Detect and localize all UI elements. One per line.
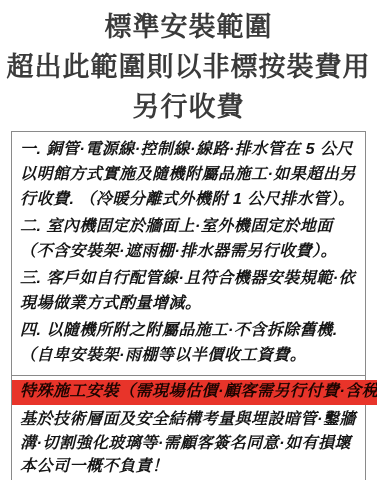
- special-install-highlight: 特殊施工安裝（需現場估價·顧客需另行付費·含稅）: [12, 380, 377, 405]
- notice-item-2: 二. 室內機固定於牆面上·室外機固定於地面（不含安裝架·遮雨棚·排水器需另行收費…: [20, 214, 360, 264]
- notice-item-4: 四. 以隨機所附之附屬品施工·不含拆除舊機. （自卑安裝架·雨棚等以半價收工資費…: [20, 318, 360, 368]
- notice-header: 標準安裝範圍 超出此範圍則以非標按裝費用 另行收費: [0, 0, 377, 127]
- page-subtitle-line1: 超出此範圍則以非標按裝費用: [0, 47, 377, 87]
- page-title: 標準安裝範圍: [0, 7, 377, 47]
- special-install-section: 特殊施工安裝（需現場估價·顧客需另行付費·含稅） 基於技術層面及安全結構考量與埋…: [12, 375, 365, 480]
- special-install-disclaimer: 基於技術層面及安全結構考量與埋設暗管·鑿牆溝·切割強化玻璃等·需顧客簽名同意·如…: [20, 408, 360, 479]
- notice-item-1: 一. 銅管·電源線·控制線·線路·排水管在 5 公尺以明館方式實施及隨機附屬品施…: [20, 137, 360, 212]
- notice-item-3: 三. 客戶如自行配管線·且符合機器安裝規範·依現場做業方式酌量增減。: [20, 266, 360, 316]
- notice-box: 一. 銅管·電源線·控制線·線路·排水管在 5 公尺以明館方式實施及隨機附屬品施…: [11, 131, 366, 480]
- installation-notice-page: 標準安裝範圍 超出此範圍則以非標按裝費用 另行收費 一. 銅管·電源線·控制線·…: [0, 0, 377, 480]
- standard-items-section: 一. 銅管·電源線·控制線·線路·排水管在 5 公尺以明館方式實施及隨機附屬品施…: [12, 132, 365, 375]
- page-subtitle-line2: 另行收費: [0, 87, 377, 127]
